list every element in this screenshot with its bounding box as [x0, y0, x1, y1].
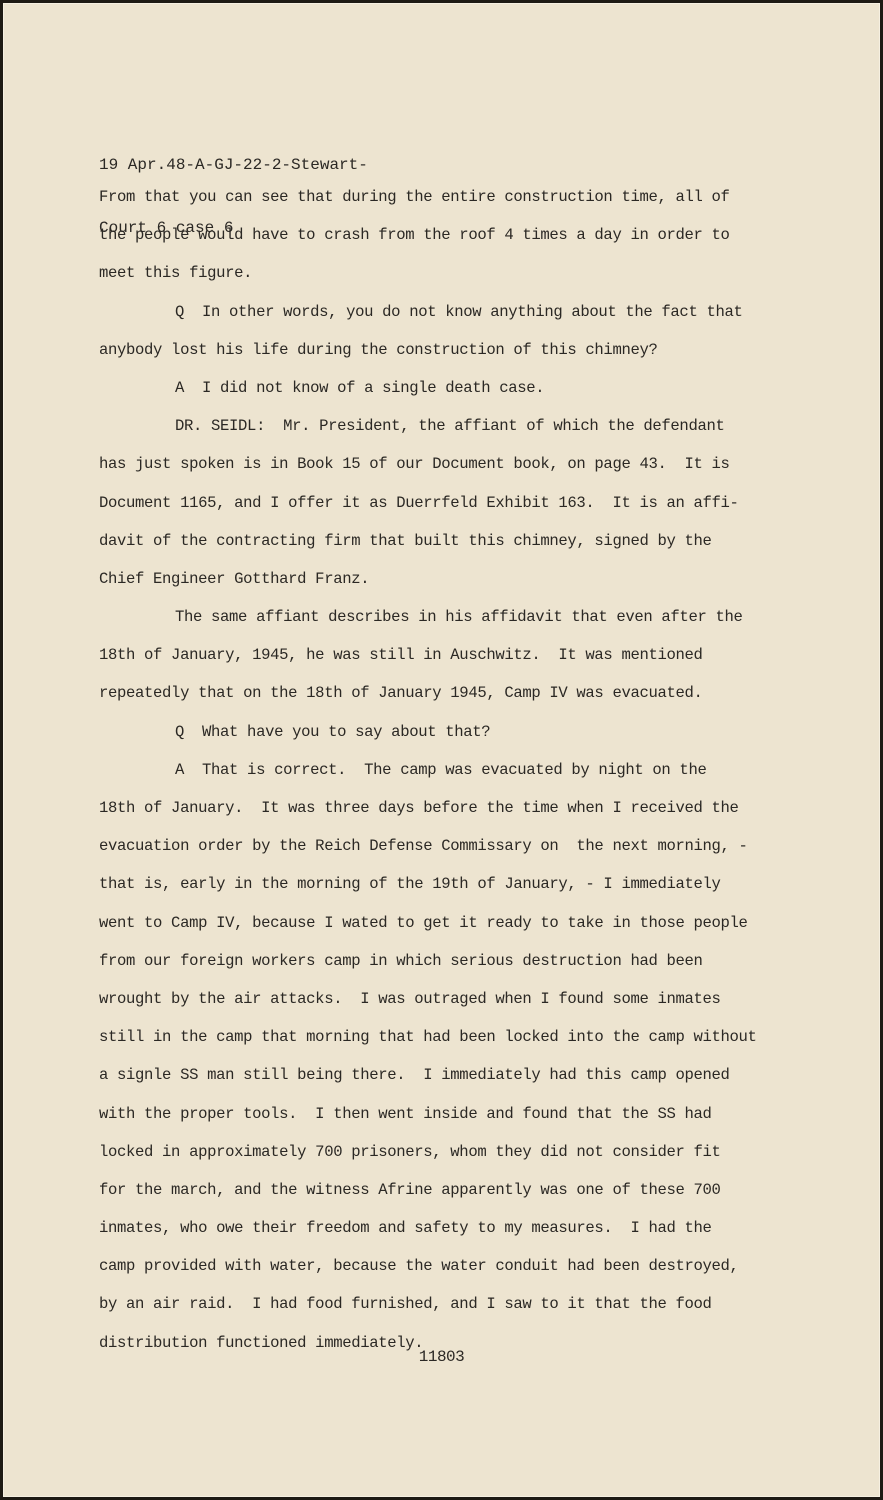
answer-line: A I did not know of a single death case.	[99, 369, 819, 407]
text-line: evacuation order by the Reich Defense Co…	[99, 827, 819, 865]
question-line: Q In other words, you do not know anythi…	[99, 293, 819, 331]
text-line: that is, early in the morning of the 19t…	[99, 865, 819, 903]
question-line: Q What have you to say about that?	[99, 713, 819, 751]
text-line: the people would have to crash from the …	[99, 216, 819, 254]
transcript-body: From that you can see that during the en…	[99, 178, 819, 1362]
document-page: 19 Apr.48-A-GJ-22-2-Stewart- Court 6 cas…	[3, 3, 880, 1497]
speaker-line: DR. SEIDL: Mr. President, the affiant of…	[99, 407, 819, 445]
text-line: Document 1165, and I offer it as Duerrfe…	[99, 484, 819, 522]
answer-line: A That is correct. The camp was evacuate…	[99, 751, 819, 789]
text-line: wrought by the air attacks. I was outrag…	[99, 980, 819, 1018]
text-line: From that you can see that during the en…	[99, 178, 819, 216]
text-line: with the proper tools. I then went insid…	[99, 1095, 819, 1133]
text-line: inmates, who owe their freedom and safet…	[99, 1209, 819, 1247]
text-line: Chief Engineer Gotthard Franz.	[99, 560, 819, 598]
page-number: 11803	[3, 1348, 880, 1366]
text-line: 18th of January. It was three days befor…	[99, 789, 819, 827]
text-line: anybody lost his life during the constru…	[99, 331, 819, 369]
text-line: went to Camp IV, because I wated to get …	[99, 904, 819, 942]
text-line: locked in approximately 700 prisoners, w…	[99, 1133, 819, 1171]
text-line: 18th of January, 1945, he was still in A…	[99, 636, 819, 674]
text-line: davit of the contracting firm that built…	[99, 522, 819, 560]
text-line: repeatedly that on the 18th of January 1…	[99, 674, 819, 712]
text-line: meet this figure.	[99, 254, 819, 292]
text-line: by an air raid. I had food furnished, an…	[99, 1285, 819, 1323]
text-line: camp provided with water, because the wa…	[99, 1247, 819, 1285]
text-line: a signle SS man still being there. I imm…	[99, 1056, 819, 1094]
header-reference-line: 19 Apr.48-A-GJ-22-2-Stewart-	[99, 155, 368, 176]
text-line: still in the camp that morning that had …	[99, 1018, 819, 1056]
text-line: for the march, and the witness Afrine ap…	[99, 1171, 819, 1209]
text-line: has just spoken is in Book 15 of our Doc…	[99, 445, 819, 483]
text-line: from our foreign workers camp in which s…	[99, 942, 819, 980]
paragraph-start-line: The same affiant describes in his affida…	[99, 598, 819, 636]
